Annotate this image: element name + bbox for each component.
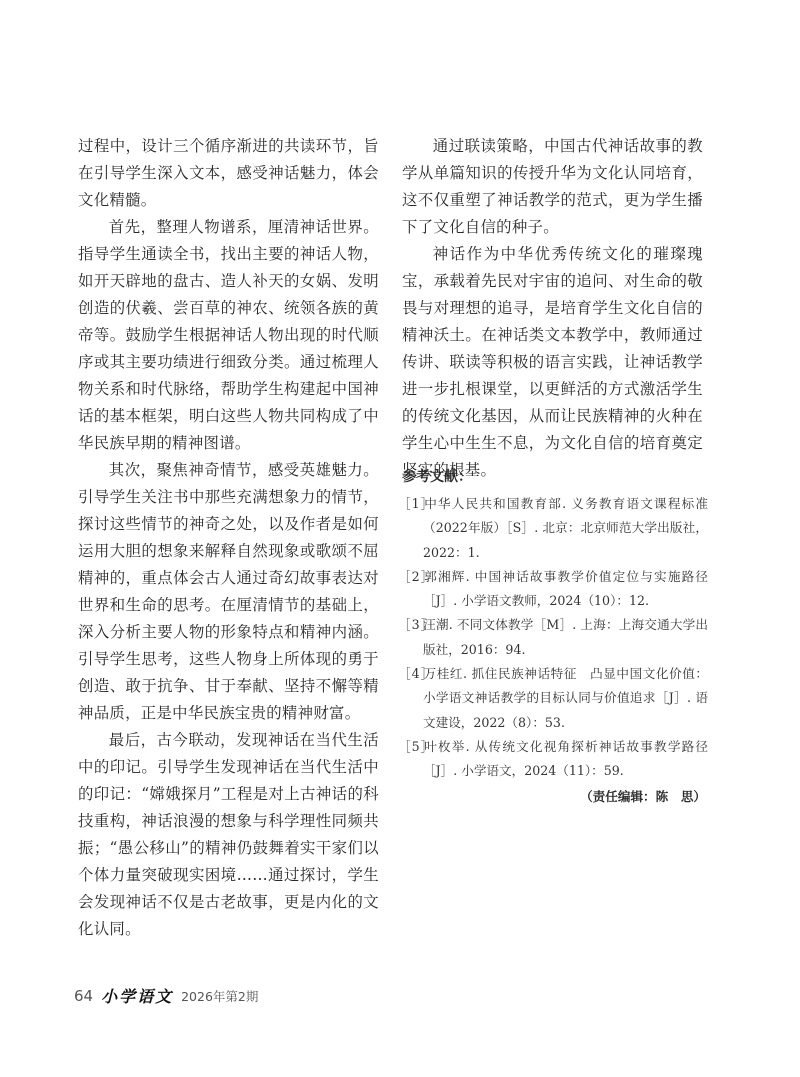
page-number: 64 <box>74 987 93 1005</box>
reference-text: 郭湘辉. 中国神话故事教学价值定位与实施路径［J］. 小学语文教师，2024（1… <box>423 569 708 608</box>
body-paragraph: 神话作为中华优秀传统文化的璀璨瑰宝，承载着先民对宇宙的追问、对生命的敬畏与对理想… <box>402 241 703 484</box>
body-paragraph: 首先，整理人物谱系，厘清神话世界。指导学生通读全书，找出主要的神话人物，如开天辟… <box>78 214 379 457</box>
reference-item: ［2］郭湘辉. 中国神话故事教学价值定位与实施路径［J］. 小学语文教师，202… <box>398 565 708 614</box>
reference-number: ［5］ <box>398 735 423 759</box>
reference-text: 叶枚举. 从传统文化视角探析神话故事教学路径［J］. 小学语文，2024（11）… <box>423 739 708 778</box>
reference-number: ［3］ <box>398 613 423 637</box>
left-column: 过程中，设计三个循序渐进的共读环节，旨在引导学生深入文本，感受神话魅力，体会文化… <box>78 133 379 943</box>
right-column: 通过联读策略，中国古代神话故事的教学从单篇知识的传授升华为文化认同培育，这不仅重… <box>402 133 703 484</box>
reference-item: ［4］万桂红. 抓住民族神话特征 凸显中国文化价值：小学语文神话教学的目标认同与… <box>398 662 708 735</box>
reference-number: ［2］ <box>398 565 423 589</box>
reference-number: ［1］ <box>398 492 423 516</box>
references-heading: 参考文献： <box>402 466 472 486</box>
reference-item: ［1］中华人民共和国教育部. 义务教育语文课程标准（2022年版）［S］. 北京… <box>398 492 708 565</box>
reference-item: ［3］汪潮. 不同文体教学［M］. 上海：上海交通大学出版社，2016：94. <box>398 613 708 662</box>
journal-logo: 小学语文 <box>101 984 173 1007</box>
reference-number: ［4］ <box>398 662 423 686</box>
reference-text: 中华人民共和国教育部. 义务教育语文课程标准（2022年版）［S］. 北京：北京… <box>423 496 708 560</box>
reference-text: 万桂红. 抓住民族神话特征 凸显中国文化价值：小学语文神话教学的目标认同与价值追… <box>423 666 708 730</box>
editor-note: （责任编辑：陈 思） <box>580 786 706 805</box>
body-paragraph: 过程中，设计三个循序渐进的共读环节，旨在引导学生深入文本，感受神话魅力，体会文化… <box>78 133 379 214</box>
page-footer: 64 小学语文 2026年第2期 <box>74 984 258 1007</box>
references-list: ［1］中华人民共和国教育部. 义务教育语文课程标准（2022年版）［S］. 北京… <box>398 492 708 784</box>
reference-text: 汪潮. 不同文体教学［M］. 上海：上海交通大学出版社，2016：94. <box>423 617 708 656</box>
body-paragraph: 通过联读策略，中国古代神话故事的教学从单篇知识的传授升华为文化认同培育，这不仅重… <box>402 133 703 241</box>
body-paragraph: 其次，聚焦神奇情节，感受英雄魅力。引导学生关注书中那些充满想象力的情节，探讨这些… <box>78 457 379 727</box>
body-paragraph: 最后，古今联动，发现神话在当代生活中的印记。引导学生发现神话在当代生活中的印记：… <box>78 727 379 943</box>
issue-label: 2026年第2期 <box>181 987 258 1005</box>
reference-item: ［5］叶枚举. 从传统文化视角探析神话故事教学路径［J］. 小学语文，2024（… <box>398 735 708 784</box>
